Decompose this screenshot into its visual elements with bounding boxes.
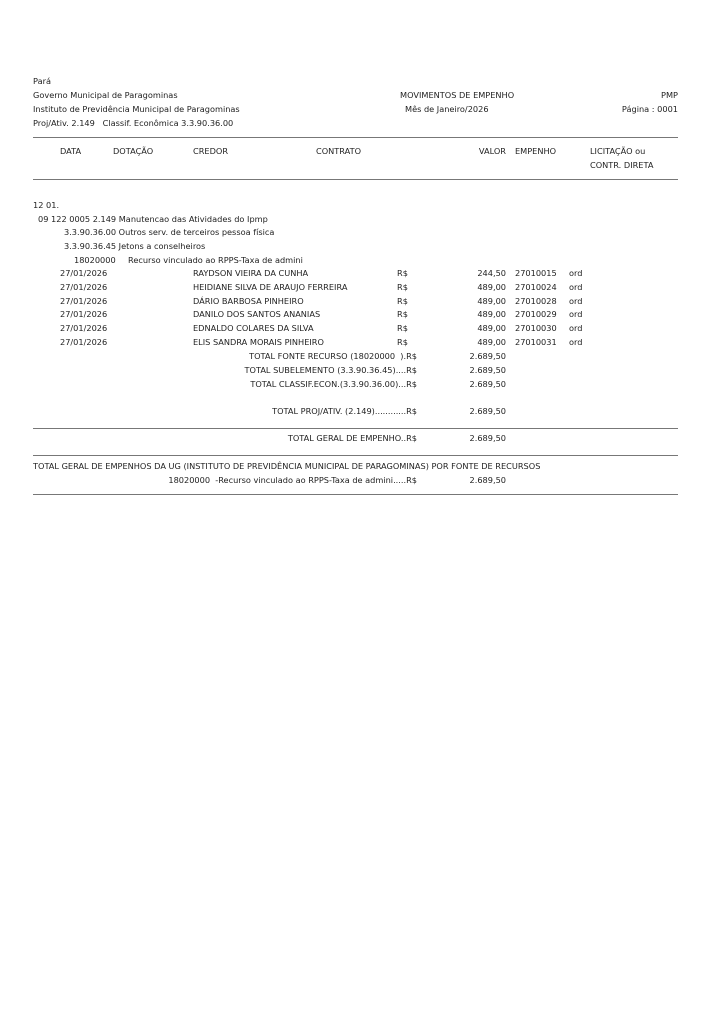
row-creditor: DANILO DOS SANTOS ANANIAS	[193, 309, 320, 319]
row-date: 27/01/2026	[60, 296, 107, 306]
total-proj-label: TOTAL PROJ/ATIV. (2.149)............R$	[272, 406, 417, 416]
row-date: 27/01/2026	[60, 268, 107, 278]
row-value: 489,00	[477, 337, 506, 347]
report-title: MOVIMENTOS DE EMPENHO	[400, 90, 514, 100]
col-credor: CREDOR	[193, 146, 228, 156]
row-creditor: EDNALDO COLARES DA SILVA	[193, 323, 314, 333]
total-subelemento-value: 2.689,50	[470, 365, 506, 375]
col-dotacao: DOTAÇÃO	[113, 146, 153, 156]
row-currency: R$	[397, 337, 408, 347]
report-month: Mês de Janeiro/2026	[405, 104, 489, 114]
source-name: Recurso vinculado ao RPPS-Taxa de admini	[128, 255, 303, 265]
row-empenho: 27010030	[515, 323, 557, 333]
row-creditor: DÁRIO BARBOSA PINHEIRO	[193, 296, 304, 306]
row-currency: R$	[397, 296, 408, 306]
row-currency: R$	[397, 309, 408, 319]
row-date: 27/01/2026	[60, 337, 107, 347]
row-empenho: 27010031	[515, 337, 557, 347]
row-date: 27/01/2026	[60, 282, 107, 292]
row-type: ord	[569, 337, 582, 347]
row-value: 489,00	[477, 282, 506, 292]
row-creditor: ELIS SANDRA MORAIS PINHEIRO	[193, 337, 324, 347]
total-fonte-label: TOTAL FONTE RECURSO (18020000 ).R$	[249, 351, 417, 361]
row-empenho: 27010028	[515, 296, 557, 306]
row-date: 27/01/2026	[60, 323, 107, 333]
row-type: ord	[569, 296, 582, 306]
col-valor: VALOR	[479, 146, 506, 156]
row-empenho: 27010024	[515, 282, 557, 292]
divider	[33, 455, 678, 456]
header-government: Governo Municipal de Paragominas	[33, 90, 178, 100]
program-line: 09 122 0005 2.149 Manutencao das Ativida…	[38, 214, 268, 224]
subelement-line: 3.3.90.36.45 Jetons a conselheiros	[64, 241, 205, 251]
row-type: ord	[569, 282, 582, 292]
ug-summary-title: TOTAL GERAL DE EMPENHOS DA UG (INSTITUTO…	[33, 461, 540, 471]
header-state: Pará	[33, 76, 51, 86]
row-value: 489,00	[477, 309, 506, 319]
row-value: 489,00	[477, 323, 506, 333]
row-currency: R$	[397, 323, 408, 333]
header-proj-classif: Proj/Ativ. 2.149 Classif. Econômica 3.3.…	[33, 118, 233, 128]
total-geral-label: TOTAL GERAL DE EMPENHO..R$	[288, 433, 417, 443]
element-line: 3.3.90.36.00 Outros serv. de terceiros p…	[64, 227, 274, 237]
divider	[33, 494, 678, 495]
ug-source-value: 2.689,50	[470, 475, 506, 485]
row-creditor: RAYDSON VIEIRA DA CUNHA	[193, 268, 308, 278]
row-value: 244,50	[477, 268, 506, 278]
row-creditor: HEIDIANE SILVA DE ARAUJO FERREIRA	[193, 282, 347, 292]
row-empenho: 27010029	[515, 309, 557, 319]
row-date: 27/01/2026	[60, 309, 107, 319]
total-proj-value: 2.689,50	[470, 406, 506, 416]
unit-code: 12 01.	[33, 200, 59, 210]
col-empenho: EMPENHO	[515, 146, 556, 156]
total-subelemento-label: TOTAL SUBELEMENTO (3.3.90.36.45)....R$	[245, 365, 417, 375]
row-value: 489,00	[477, 296, 506, 306]
page-number: Página : 0001	[622, 104, 678, 114]
col-licitacao: LICITAÇÃO ou	[590, 146, 645, 156]
header-institute: Instituto de Previdência Municipal de Pa…	[33, 104, 240, 114]
total-fonte-value: 2.689,50	[470, 351, 506, 361]
row-currency: R$	[397, 282, 408, 292]
row-type: ord	[569, 323, 582, 333]
row-empenho: 27010015	[515, 268, 557, 278]
ug-source-label: 18020000 -Recurso vinculado ao RPPS-Taxa…	[168, 475, 417, 485]
row-currency: R$	[397, 268, 408, 278]
divider	[33, 179, 678, 180]
row-type: ord	[569, 309, 582, 319]
source-code: 18020000	[74, 255, 116, 265]
col-licitacao-2: CONTR. DIRETA	[590, 160, 653, 170]
org-code: PMP	[661, 90, 678, 100]
total-classif-value: 2.689,50	[470, 379, 506, 389]
col-contrato: CONTRATO	[316, 146, 361, 156]
divider	[33, 137, 678, 138]
total-classif-label: TOTAL CLASSIF.ECON.(3.3.90.36.00)...R$	[250, 379, 417, 389]
row-type: ord	[569, 268, 582, 278]
divider	[33, 428, 678, 429]
col-data: DATA	[60, 146, 81, 156]
total-geral-value: 2.689,50	[470, 433, 506, 443]
